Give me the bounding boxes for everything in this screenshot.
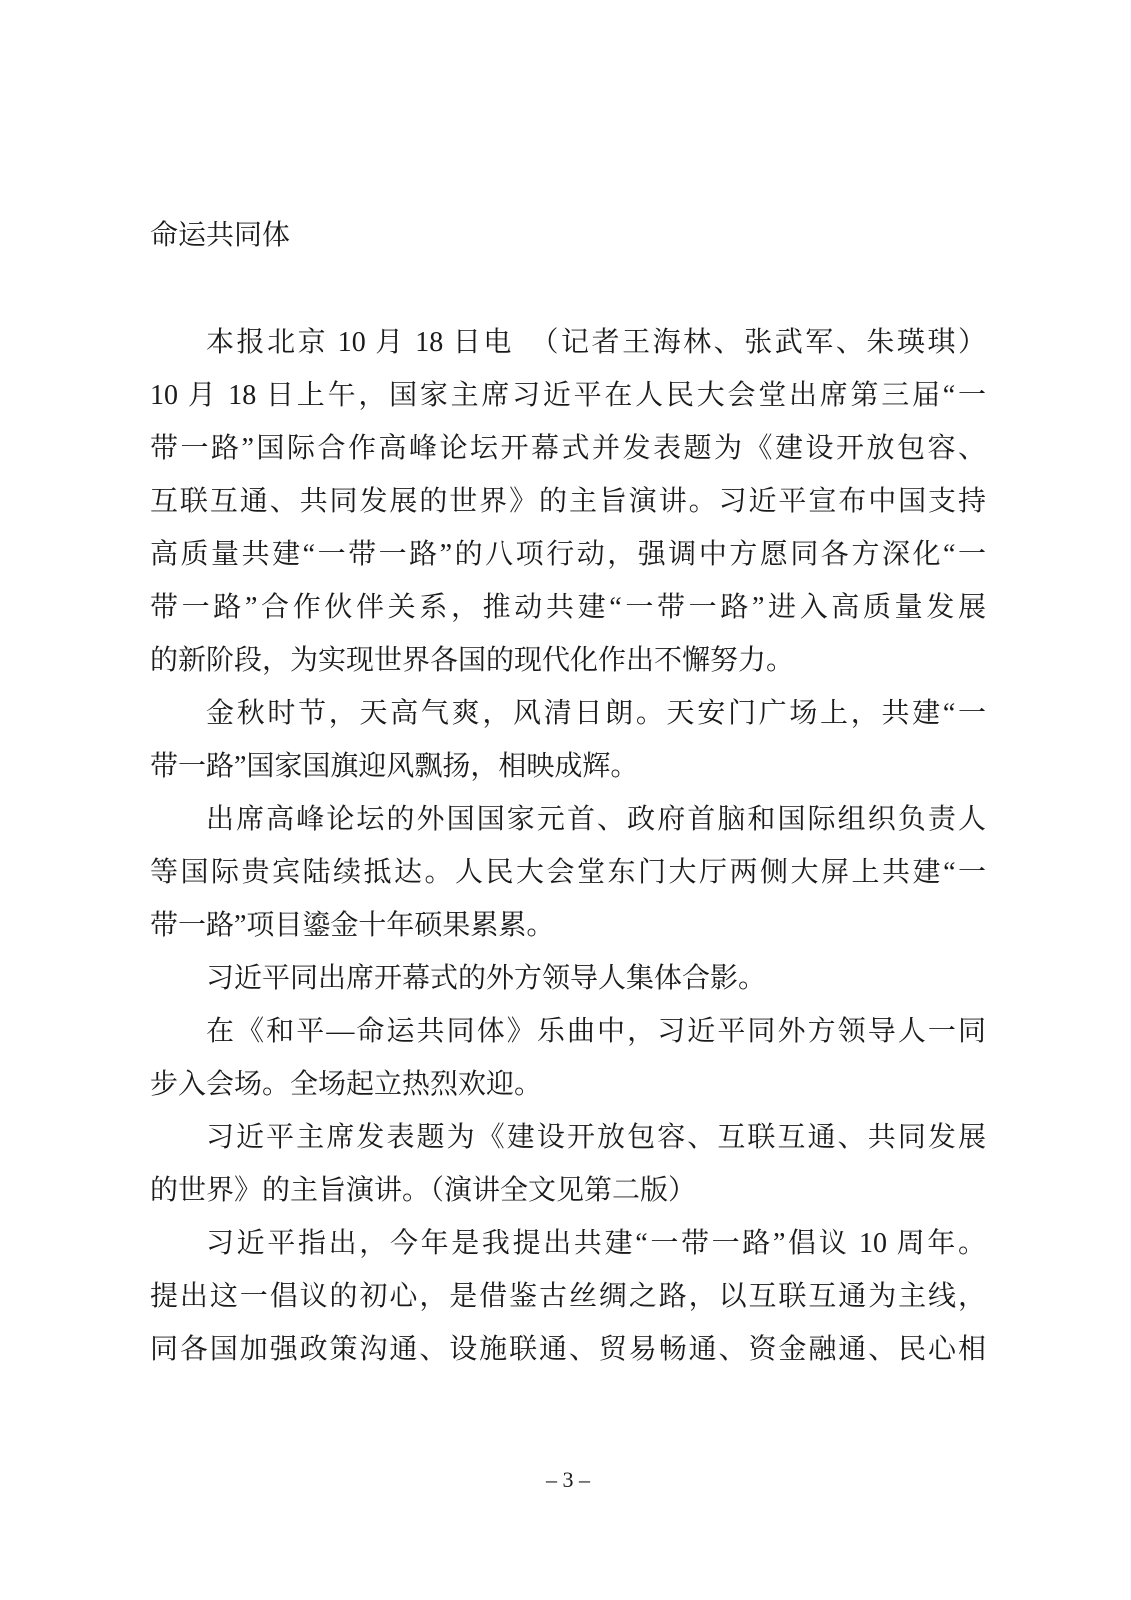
article-line: 金秋时节，天高气爽，风清日朗。天安门广场上，共建“一 xyxy=(150,687,986,740)
article-line: 同各国加强政策沟通、设施联通、贸易畅通、资金融通、民心相 xyxy=(150,1323,986,1376)
article-line: 等国际贵宾陆续抵达。人民大会堂东门大厅两侧大屏上共建“一 xyxy=(150,846,986,899)
article-line: 的新阶段，为实现世界各国的现代化作出不懈努力。 xyxy=(150,634,986,687)
article-line: 10 月 18 日上午，国家主席习近平在人民大会堂出席第三届“一 xyxy=(150,369,986,422)
article-title-fragment: 命运共同体 xyxy=(150,209,986,262)
article-line: 带一路”国际合作高峰论坛开幕式并发表题为《建设开放包容、 xyxy=(150,422,986,475)
article-line: 步入会场。全场起立热烈欢迎。 xyxy=(150,1058,986,1111)
article-line: 在《和平—命运共同体》乐曲中，习近平同外方领导人一同 xyxy=(150,1005,986,1058)
article-line: 出席高峰论坛的外国国家元首、政府首脑和国际组织负责人 xyxy=(150,793,986,846)
document-page: 命运共同体 本报北京 10 月 18 日电 （记者王海林、张武军、朱瑛琪） 10… xyxy=(0,0,1131,1600)
article-line: 带一路”合作伙伴关系，推动共建“一带一路”进入高质量发展 xyxy=(150,581,986,634)
article-line: 本报北京 10 月 18 日电 （记者王海林、张武军、朱瑛琪） xyxy=(150,316,986,369)
article-line: 习近平同出席开幕式的外方领导人集体合影。 xyxy=(150,952,986,1005)
article-line: 互联互通、共同发展的世界》的主旨演讲。习近平宣布中国支持 xyxy=(150,475,986,528)
article-line: 习近平指出，今年是我提出共建“一带一路”倡议 10 周年。 xyxy=(150,1217,986,1270)
article-line: 带一路”项目鎏金十年硕果累累。 xyxy=(150,899,986,952)
article-line: 习近平主席发表题为《建设开放包容、互联互通、共同发展 xyxy=(150,1111,986,1164)
article-line: 提出这一倡议的初心，是借鉴古丝绸之路，以互联互通为主线， xyxy=(150,1270,986,1323)
article-body: 本报北京 10 月 18 日电 （记者王海林、张武军、朱瑛琪） 10 月 18 … xyxy=(150,316,986,1376)
page-number: – 3 – xyxy=(150,1466,986,1494)
article-line: 带一路”国家国旗迎风飘扬，相映成辉。 xyxy=(150,740,986,793)
article-line: 的世界》的主旨演讲。（演讲全文见第二版） xyxy=(150,1164,986,1217)
article-line: 高质量共建“一带一路”的八项行动，强调中方愿同各方深化“一 xyxy=(150,528,986,581)
